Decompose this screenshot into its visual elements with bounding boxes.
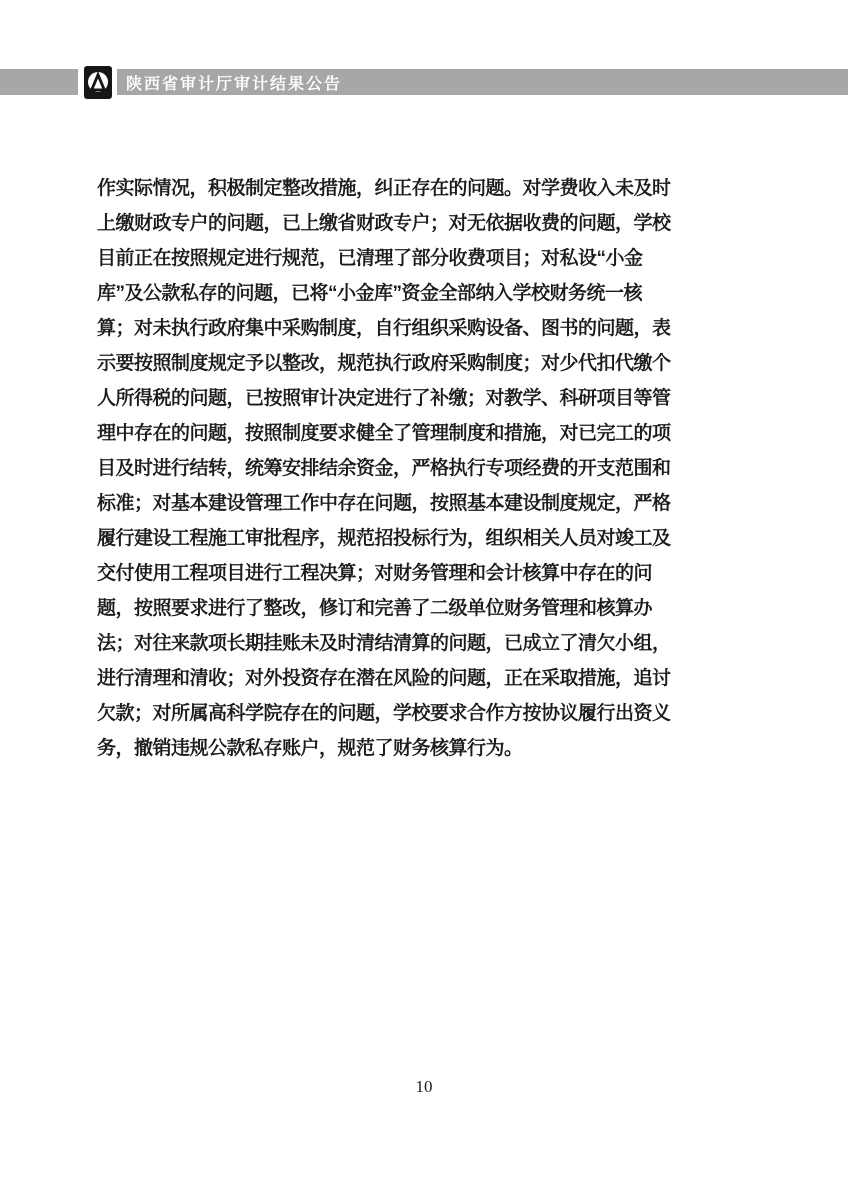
body-text-line: 题，按照要求进行了整改，修订和完善了二级单位财务管理和核算办 <box>97 591 697 626</box>
body-text-line: 进行清理和清收；对外投资存在潜在风险的问题，正在采取措施，追讨 <box>97 661 697 696</box>
header-title-bar: 陕西省审计厅审计结果公告 <box>117 69 848 95</box>
body-text-line: 库”及公款私存的问题，已将“小金库”资金全部纳入学校财务统一核 <box>97 276 697 311</box>
body-text-line: 务，撤销违规公款私存账户，规范了财务核算行为。 <box>97 731 697 766</box>
body-text-line: 人所得税的问题，已按照审计决定进行了补缴；对教学、科研项目等管 <box>97 381 697 416</box>
body-text-line: 算；对未执行政府集中采购制度，自行组织采购设备、图书的问题，表 <box>97 311 697 346</box>
body-text-line: 上缴财政专户的问题，已上缴省财政专户；对无依据收费的问题，学校 <box>97 206 697 241</box>
body-text-line: 欠款；对所属高科学院存在的问题，学校要求合作方按协议履行出资义 <box>97 696 697 731</box>
china-audit-emblem-icon <box>86 68 110 96</box>
body-text-line: 目前正在按照规定进行规范，已清理了部分收费项目；对私设“小金 <box>97 241 697 276</box>
body-text-line: 目及时进行结转，统筹安排结余资金，严格执行专项经费的开支范围和 <box>97 451 697 486</box>
body-text-line: 理中存在的问题，按照制度要求健全了管理制度和措施，对已完工的项 <box>97 416 697 451</box>
document-page: 陕西省审计厅审计结果公告 作实际情况，积极制定整改措施，纠正存在的问题。对学费收… <box>0 0 848 1200</box>
page-number: 10 <box>0 1077 848 1097</box>
audit-logo <box>84 66 112 99</box>
header-left-bar <box>0 69 78 95</box>
header-bar: 陕西省审计厅审计结果公告 <box>0 65 848 99</box>
header-title: 陕西省审计厅审计结果公告 <box>117 71 342 94</box>
body-text-line: 作实际情况，积极制定整改措施，纠正存在的问题。对学费收入未及时 <box>97 171 697 206</box>
body-text-line: 示要按照制度规定予以整改，规范执行政府采购制度；对少代扣代缴个 <box>97 346 697 381</box>
document-body-text: 作实际情况，积极制定整改措施，纠正存在的问题。对学费收入未及时上缴财政专户的问题… <box>97 171 697 766</box>
body-text-line: 履行建设工程施工审批程序，规范招投标行为，组织相关人员对竣工及 <box>97 521 697 556</box>
body-text-line: 交付使用工程项目进行工程决算；对财务管理和会计核算中存在的问 <box>97 556 697 591</box>
body-text-line: 法；对往来款项长期挂账未及时清结清算的问题，已成立了清欠小组， <box>97 626 697 661</box>
body-text-line: 标准；对基本建设管理工作中存在问题，按照基本建设制度规定，严格 <box>97 486 697 521</box>
